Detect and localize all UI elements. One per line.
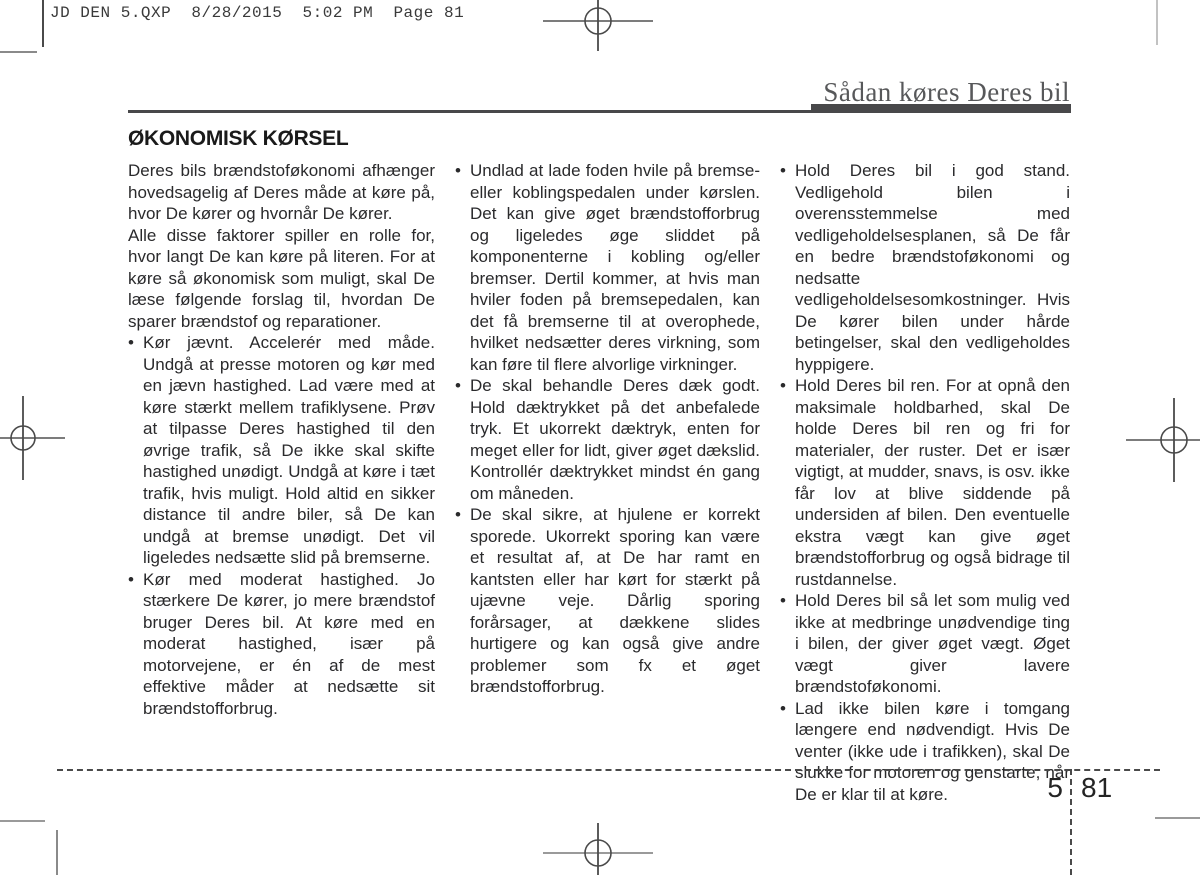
column-2: •Undlad at lade foden hvile på bremse- e… <box>455 128 760 805</box>
chapter-number: 5 <box>1013 772 1063 804</box>
header-rule <box>128 110 811 113</box>
column-1: ØKONOMISK KØRSEL Deres bils brændstoføko… <box>128 128 435 805</box>
intro-paragraph: Deres bils brændstoføkonomi afhænger hov… <box>128 160 435 225</box>
bullet-icon: • <box>128 332 134 354</box>
section-title: ØKONOMISK KØRSEL <box>128 128 435 150</box>
page-content: ØKONOMISK KØRSEL Deres bils brændstoføko… <box>128 128 1070 805</box>
registration-mark-icon <box>543 823 653 875</box>
registration-mark-icon <box>1126 398 1200 482</box>
bullet-icon: • <box>455 504 461 526</box>
bullet-text: Hold Deres bil ren. For at opnå den maks… <box>795 376 1070 589</box>
bullet-icon: • <box>780 160 786 182</box>
list-item: •Undlad at lade foden hvile på bremse- e… <box>455 160 760 375</box>
list-item: •Hold Deres bil ren. For at opnå den mak… <box>780 375 1070 590</box>
registration-mark-icon <box>543 0 653 51</box>
bullet-text: Undlad at lade foden hvile på bremse- el… <box>470 161 760 374</box>
bullet-text: Kør med moderat hastighed. Jo stærkere D… <box>143 570 435 718</box>
trim-mark-bottom-left-h <box>0 820 45 822</box>
trim-mark-top-right <box>1156 0 1158 45</box>
intro-paragraph: Alle disse faktorer spiller en rolle for… <box>128 225 435 333</box>
manual-page: JD DEN 5.QXP 8/28/2015 5:02 PM Page 81 S… <box>0 0 1200 875</box>
bullet-text: De skal sikre, at hjulene er korrekt spo… <box>470 505 760 696</box>
bullet-text: Kør jævnt. Accelerér med måde. Undgå at … <box>143 333 435 567</box>
page-number: 81 <box>1081 772 1112 804</box>
print-slug: JD DEN 5.QXP 8/28/2015 5:02 PM Page 81 <box>50 4 464 22</box>
list-item: •De skal behandle Deres dæk godt. Hold d… <box>455 375 760 504</box>
list-item: •Hold Deres bil så let som mulig ved ikk… <box>780 590 1070 698</box>
bullet-list: •Hold Deres bil i god stand. Vedligehold… <box>780 160 1070 805</box>
column-3: •Hold Deres bil i god stand. Vedligehold… <box>780 128 1070 805</box>
trim-mark-bottom-right <box>1155 817 1200 819</box>
fold-dashed-line <box>57 769 1160 771</box>
folio-dashed-divider <box>1070 769 1072 875</box>
bullet-text: Hold Deres bil i god stand. Vedligehold … <box>795 161 1070 374</box>
list-item: •Kør jævnt. Accelerér med måde. Undgå at… <box>128 332 435 569</box>
bullet-icon: • <box>455 160 461 182</box>
bullet-icon: • <box>128 569 134 591</box>
bullet-icon: • <box>455 375 461 397</box>
bullet-icon: • <box>780 590 786 612</box>
list-item: •Kør med moderat hastighed. Jo stærkere … <box>128 569 435 720</box>
bullet-list: •Undlad at lade foden hvile på bremse- e… <box>455 160 760 698</box>
trim-mark-top-left <box>0 51 37 53</box>
trim-mark-bottom-left-v <box>56 830 58 875</box>
bullet-list: •Kør jævnt. Accelerér med måde. Undgå at… <box>128 332 435 719</box>
list-item: •De skal sikre, at hjulene er korrekt sp… <box>455 504 760 698</box>
registration-mark-icon <box>0 396 65 480</box>
slug-trim-mark <box>42 0 44 47</box>
list-item: •Hold Deres bil i god stand. Vedligehold… <box>780 160 1070 375</box>
bullet-icon: • <box>780 375 786 397</box>
header-rule-bar <box>811 104 1071 113</box>
bullet-icon: • <box>780 698 786 720</box>
bullet-text: De skal behandle Deres dæk godt. Hold dæ… <box>470 376 760 503</box>
bullet-text: Hold Deres bil så let som mulig ved ikke… <box>795 591 1070 696</box>
